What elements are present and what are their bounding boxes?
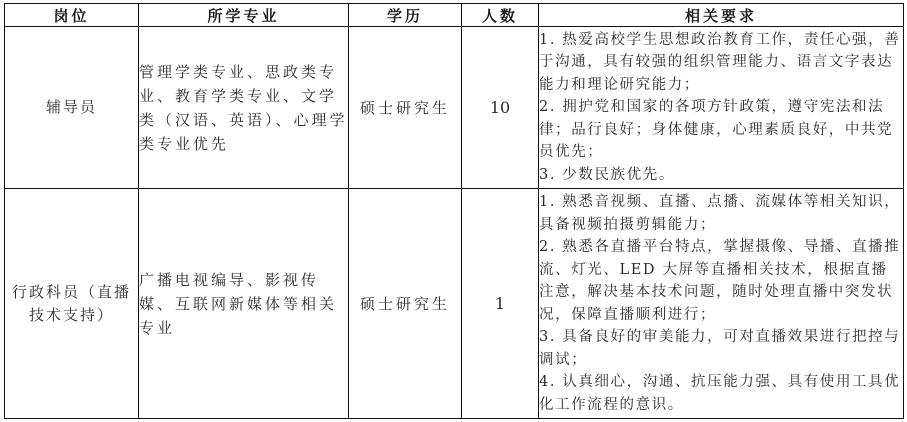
header-education: 学历 — [349, 4, 462, 27]
header-requirements: 相关要求 — [539, 4, 904, 27]
major-cell: 管理学类专业、思政类专业、教育学类专业、文学类（汉语、英语）、心理学类专业优先 — [139, 27, 349, 189]
recruitment-table: 岗位 所学专业 学历 人数 相关要求 辅导员 管理学类专业、思政类专业、教育学类… — [4, 3, 904, 419]
requirement-item: 4. 认真细心，沟通、抗压能力强、具有使用工具优化工作流程的意识。 — [539, 371, 903, 416]
requirement-item: 3. 少数民族优先。 — [539, 164, 903, 187]
header-post: 岗位 — [5, 4, 139, 27]
header-count: 人数 — [462, 4, 539, 27]
table-row: 辅导员 管理学类专业、思政类专业、教育学类专业、文学类（汉语、英语）、心理学类专… — [5, 27, 904, 189]
post-cell: 辅导员 — [5, 27, 139, 189]
count-cell: 10 — [462, 27, 539, 189]
header-row: 岗位 所学专业 学历 人数 相关要求 — [5, 4, 904, 27]
count-cell: 1 — [462, 189, 539, 419]
requirement-item: 2. 拥护党和国家的各项方针政策，遵守宪法和法律；品行良好；身体健康，心理素质良… — [539, 96, 903, 164]
education-cell: 硕士研究生 — [349, 189, 462, 419]
requirement-item: 2. 熟悉各直播平台特点，掌握摄像、导播、直播推流、灯光、LED 大屏等直播相关… — [539, 236, 903, 326]
header-major: 所学专业 — [139, 4, 349, 27]
education-cell: 硕士研究生 — [349, 27, 462, 189]
major-cell: 广播电视编导、影视传媒、互联网新媒体等相关专业 — [139, 189, 349, 419]
requirement-item: 3. 具备良好的审美能力，可对直播效果进行把控与调试； — [539, 326, 903, 371]
requirements-cell: 1. 热爱高校学生思想政治教育工作，责任心强，善于沟通，具有较强的组织管理能力、… — [539, 27, 904, 189]
requirement-item: 1. 熟悉音视频、直播、点播、流媒体等相关知识，具备视频拍摄剪辑能力； — [539, 191, 903, 236]
table-row: 行政科员（直播技术支持） 广播电视编导、影视传媒、互联网新媒体等相关专业 硕士研… — [5, 189, 904, 419]
post-cell: 行政科员（直播技术支持） — [5, 189, 139, 419]
requirements-cell: 1. 熟悉音视频、直播、点播、流媒体等相关知识，具备视频拍摄剪辑能力； 2. 熟… — [539, 189, 904, 419]
requirement-item: 1. 热爱高校学生思想政治教育工作，责任心强，善于沟通，具有较强的组织管理能力、… — [539, 29, 903, 97]
